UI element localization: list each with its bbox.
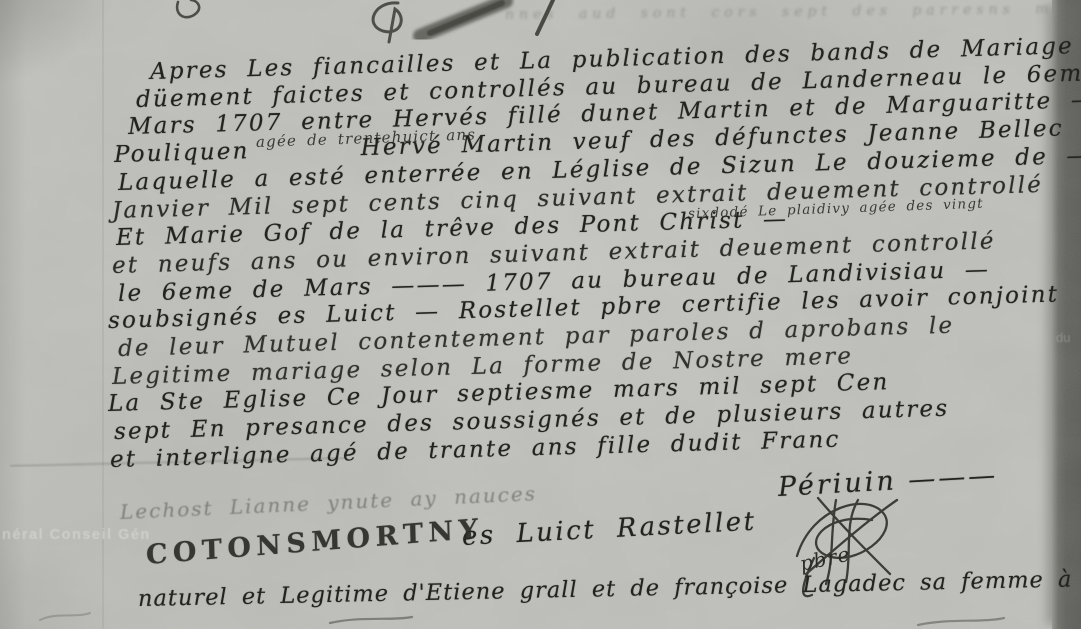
- ink-flourish-small-loop: [177, 0, 199, 17]
- ink-smudge-core: [430, 3, 502, 33]
- bottom-text-line: naturel et Legitime d'Etiene grall et de…: [138, 565, 1081, 612]
- watermark-fragment-du: du: [1056, 330, 1070, 345]
- bleed-through-text: nnes aud sont cors sept des parresns mi: [505, 1, 1063, 23]
- clipped-bottom-stroke-right: [918, 618, 1004, 625]
- clipped-bottom-stroke: [330, 617, 412, 623]
- watermark-conseil: néral Conseil Gén: [2, 527, 151, 543]
- signature-witness: COTONSMORTNY: [146, 513, 484, 571]
- signature-second-witness: Périuin ———: [777, 460, 999, 503]
- clipped-bottom-stroke-left: [40, 613, 90, 620]
- document-scan-page: nnes aud sont cors sept des parresns mi …: [0, 0, 1081, 629]
- ink-smudge-stroke: [420, 1, 506, 36]
- signature-priest: es Luict Rastellet: [461, 507, 757, 552]
- ink-flourish-nine-loop: [373, 3, 401, 42]
